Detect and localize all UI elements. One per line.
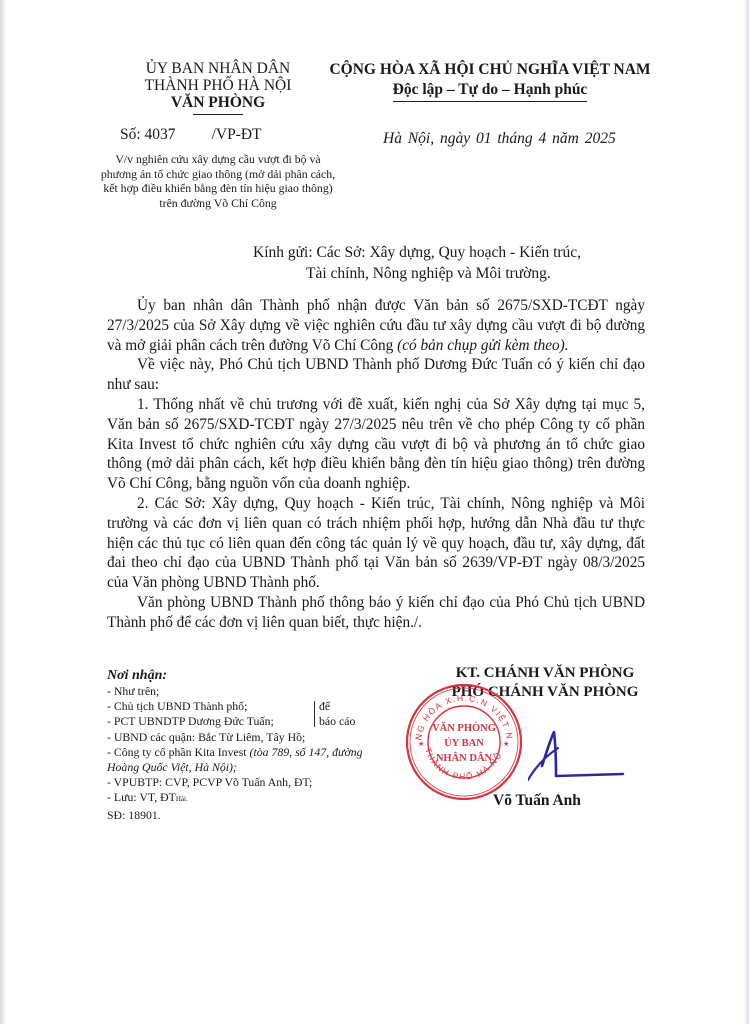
agency-underline (193, 114, 243, 115)
recipient-item-text: - Công ty cổ phần Kita Invest (107, 745, 250, 759)
addressee-line-2: Tài chính, Nông nghiệp và Môi trường. (253, 263, 581, 284)
nation-title: CỘNG HÒA XÃ HỘI CHỦ NGHĨA VIỆT NAM (300, 60, 680, 80)
national-header: CỘNG HÒA XÃ HỘI CHỦ NGHĨA VIỆT NAM Độc l… (300, 60, 680, 102)
recipient-item: - Công ty cổ phần Kita Invest (tòa 789, … (107, 745, 397, 775)
addressee: Kính gửi: Các Sở: Xây dựng, Quy hoạch - … (253, 242, 581, 284)
brace-label: để báo cáo (319, 699, 355, 729)
stamp-center-line-1: VĂN PHÒNG (432, 722, 496, 734)
brace-line (314, 701, 315, 727)
issue-date: Hà Nội, ngày 01 tháng 4 năm 2025 (383, 130, 616, 148)
page-edge-right (744, 0, 749, 1024)
archive-clerk: Hải. (176, 795, 188, 803)
body-paragraph-1: Ủy ban nhân dân Thành phố nhận được Văn … (107, 296, 645, 355)
archive-text: - Lưu: VT, ĐT (107, 790, 176, 804)
recipients-title: Nơi nhận: (107, 667, 397, 684)
national-motto: Độc lập – Tự do – Hạnh phúc (393, 80, 588, 102)
recipient-item: - Lưu: VT, ĐTHải. (107, 790, 397, 807)
recipient-item: - VPUBTP: CVP, PCVP Võ Tuấn Anh, ĐT; (107, 775, 397, 790)
svg-text:★: ★ (418, 740, 424, 748)
record-number: SĐ: 18901. (107, 808, 397, 823)
document-number: Số: 4037/VP-ĐT (120, 126, 262, 144)
svg-text:★: ★ (503, 740, 509, 748)
document-number-suffix: /VP-ĐT (212, 126, 262, 143)
recipient-group-report: - Chủ tịch UBND Thành phố; - PCT UBNDTP … (107, 699, 397, 729)
signer-name: Võ Tuấn Anh (493, 792, 581, 810)
document-body: Ủy ban nhân dân Thành phố nhận được Văn … (107, 296, 645, 633)
body-paragraph-3: 1. Thống nhất về chủ trương với đề xuất,… (107, 395, 645, 494)
body-paragraph-1-note: (có bản chụp gửi kèm theo). (397, 337, 568, 354)
recipient-item: - Như trên; (107, 684, 397, 699)
body-paragraph-4: 2. Các Sở: Xây dựng, Quy hoạch - Kiến tr… (107, 494, 645, 593)
addressee-line-1: Kính gửi: Các Sở: Xây dựng, Quy hoạch - … (253, 242, 581, 263)
body-paragraph-5: Văn phòng UBND Thành phố thông báo ý kiế… (107, 593, 645, 633)
brace-label-line-2: báo cáo (319, 714, 355, 729)
document-subject: V/v nghiên cứu xây dựng cầu vượt đi bộ v… (98, 152, 338, 210)
official-stamp-icon: CỘNG HÒA X.H.C.N VIỆT NAM THÀNH PHỐ HÀ N… (404, 682, 524, 802)
body-paragraph-2: Về việc này, Phó Chủ tịch UBND Thành phố… (107, 355, 645, 395)
brace-label-line-1: để (319, 699, 355, 714)
recipient-item: - UBND các quận: Bắc Từ Liêm, Tây Hồ; (107, 730, 397, 745)
stamp-center-line-3: NHÂN DÂN (436, 752, 493, 764)
stamp-center-line-2: ỦY BAN (444, 737, 484, 749)
document-number-prefix: Số: 4037 (120, 126, 176, 143)
handwritten-signature-icon (528, 718, 668, 788)
recipients-list: Nơi nhận: - Như trên; - Chủ tịch UBND Th… (107, 667, 397, 823)
page-edge-left (0, 0, 6, 1024)
signature-title-line-1: KT. CHÁNH VĂN PHÒNG (410, 664, 680, 683)
